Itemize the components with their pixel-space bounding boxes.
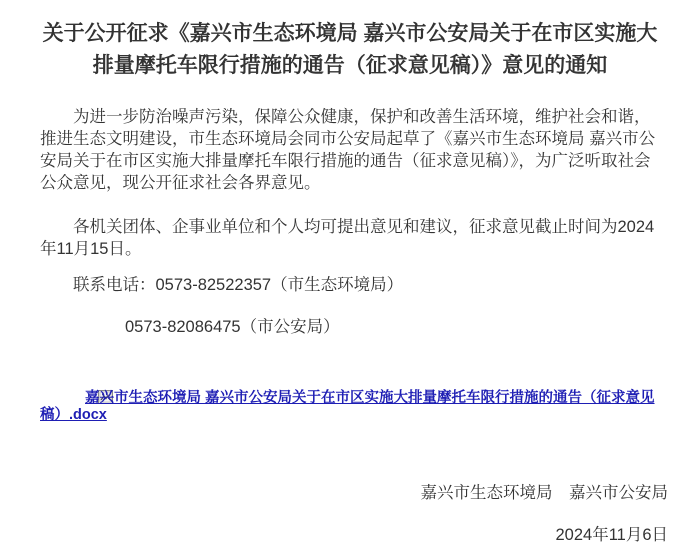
attachment-doc-icon (69, 390, 84, 404)
notice-page: 关于公开征求《嘉兴市生态环境局 嘉兴市公安局关于在市区实施大排量摩托车限行措施的… (0, 0, 700, 551)
contact-phone-line-1: 联系电话：0573-82522357（市生态环境局） (40, 274, 660, 296)
page-title: 关于公开征求《嘉兴市生态环境局 嘉兴市公安局关于在市区实施大排量摩托车限行措施的… (36, 18, 664, 82)
issuing-agencies: 嘉兴市生态环境局 嘉兴市公安局 (0, 482, 668, 504)
attachment-row: 嘉兴市生态环境局 嘉兴市公安局关于在市区实施大排量摩托车限行措施的通告（征求意见… (40, 390, 660, 424)
body-paragraph-2: 各机关团体、企事业单位和个人均可提出意见和建议，征求意见截止时间为2024年11… (40, 216, 660, 260)
attachment-link[interactable]: 嘉兴市生态环境局 嘉兴市公安局关于在市区实施大排量摩托车限行措施的通告（征求意见… (40, 390, 655, 423)
body-paragraph-1: 为进一步防治噪声污染，保障公众健康，保护和改善生活环境，维护社会和谐，推进生态文… (40, 106, 660, 194)
contact-phone-line-2: 0573-82086475（市公安局） (125, 316, 660, 338)
issue-date: 2024年11月6日 (0, 524, 668, 546)
